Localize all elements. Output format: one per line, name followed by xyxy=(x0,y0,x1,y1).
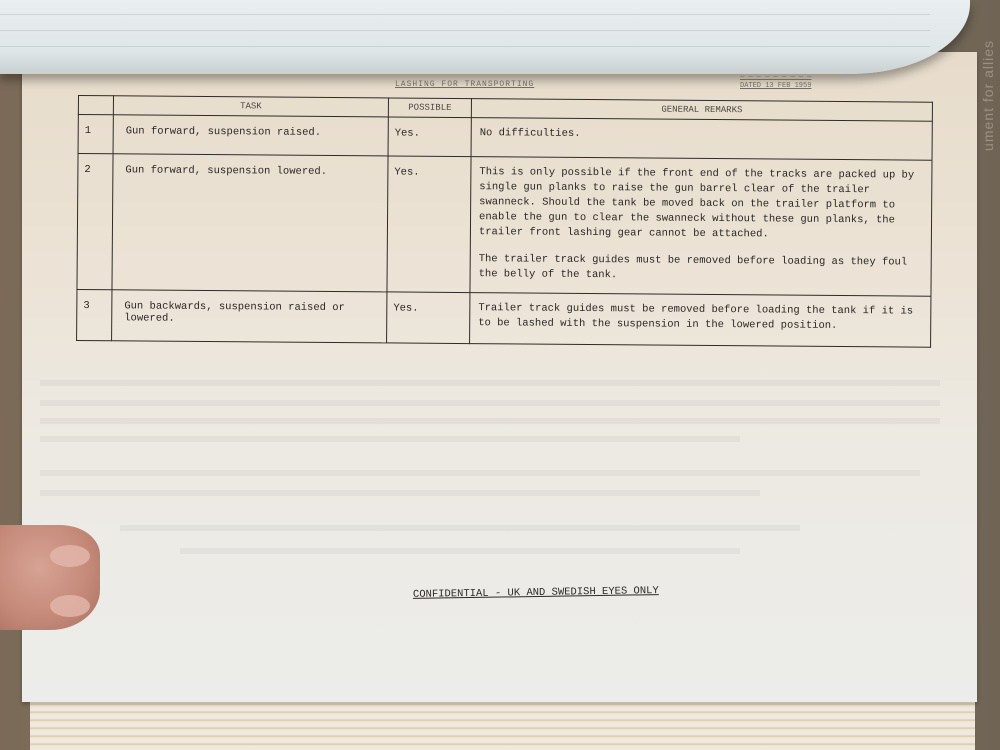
thumb xyxy=(0,525,100,630)
possible-cell: Yes. xyxy=(387,156,471,293)
document-reference: — — — — — — — — — DATED 13 FEB 1959 xyxy=(740,73,811,91)
remark-text: Trailer track guides must be removed bef… xyxy=(478,301,922,334)
previous-page-curl xyxy=(0,0,970,74)
task-cell: Gun forward, suspension raised. xyxy=(113,115,388,156)
column-header-number xyxy=(78,96,113,115)
thumbnail-shape xyxy=(50,545,90,567)
column-header-task: TASK xyxy=(113,96,388,117)
side-text: ument for allies xyxy=(980,40,996,151)
row-number: 1 xyxy=(78,115,113,154)
lashing-table: TASK POSSIBLE GENERAL REMARKS 1 Gun forw… xyxy=(76,95,933,348)
reference-line: — — — — — — — — — xyxy=(740,73,811,82)
remarks-cell: Trailer track guides must be removed bef… xyxy=(470,293,931,348)
table-row: 3 Gun backwards, suspension raised or lo… xyxy=(77,289,931,347)
remark-text: The trailer track guides must be removed… xyxy=(479,252,923,285)
bleed-through-line xyxy=(40,490,760,496)
bleed-through-line xyxy=(40,470,920,476)
remarks-cell: No difficulties. xyxy=(471,118,932,161)
task-cell: Gun backwards, suspension raised or lowe… xyxy=(112,290,387,343)
bleed-through-line xyxy=(40,418,940,424)
reference-date: DATED 13 FEB 1959 xyxy=(740,82,811,91)
remark-text: This is only possible if the front end o… xyxy=(479,165,924,243)
remarks-cell: This is only possible if the front end o… xyxy=(470,157,932,297)
possible-cell: Yes. xyxy=(388,117,471,157)
table-row: 1 Gun forward, suspension raised. Yes. N… xyxy=(78,115,932,161)
thumbnail-shape xyxy=(50,595,90,617)
row-number: 2 xyxy=(77,154,113,290)
possible-cell: Yes. xyxy=(387,292,470,344)
row-number: 3 xyxy=(77,289,112,340)
bleed-through-line xyxy=(40,436,740,442)
bleed-through-line xyxy=(120,525,800,531)
table-row: 2 Gun forward, suspension lowered. Yes. … xyxy=(77,154,932,297)
task-cell: Gun forward, suspension lowered. xyxy=(112,154,388,292)
bleed-through-line xyxy=(40,400,940,406)
column-header-possible: POSSIBLE xyxy=(388,98,471,118)
document-title: LASHING FOR TRANSPORTING xyxy=(395,80,534,89)
bleed-through-line xyxy=(180,548,740,554)
remark-text: No difficulties. xyxy=(480,126,924,144)
bleed-through-line xyxy=(40,380,940,386)
